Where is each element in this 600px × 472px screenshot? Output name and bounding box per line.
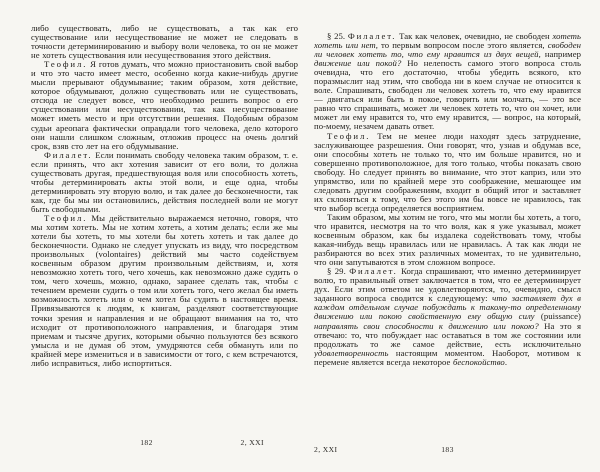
text-segment: Мы действительно выражаемся неточно, гов… [31, 213, 298, 368]
paragraph: § 29. Филалет. Когда спрашивают, что име… [314, 267, 581, 367]
text-segment: беспокойство [453, 357, 505, 367]
paragraph: Теофил. Я готов думать, что можно приост… [31, 60, 298, 150]
paragraph: § 25. Филалет. Так как человек, очевидно… [314, 32, 581, 132]
right-page-footer: 183 2, XXI [314, 445, 581, 455]
paragraph: Теофил. Тем не менее люди находят здесь … [314, 132, 581, 213]
book-spread: либо существовать, либо не существовать,… [0, 0, 600, 472]
left-page-text-block: либо существовать, либо не существовать,… [31, 24, 298, 438]
text-segment: Если понимать свободу человека таким обр… [31, 150, 298, 214]
paragraph: Теофил. Мы действительно выражаемся нето… [31, 214, 298, 368]
paragraph: либо существовать, либо не существовать,… [31, 24, 298, 60]
paragraph: Филалет. Если понимать свободу человека … [31, 151, 298, 214]
right-page-signature-mark: 2, XXI [314, 445, 338, 455]
right-page-text-block: § 25. Филалет. Так как человек, очевидно… [314, 32, 581, 442]
text-segment: либо существовать, либо не существовать,… [31, 24, 298, 60]
left-page-footer: 182 2, XXI [31, 438, 298, 448]
text-segment: Но нелепость самого этого вопроса столь … [314, 58, 581, 131]
text-segment: Таким образом, мы хотим не того, что мы … [314, 212, 581, 267]
text-segment: . [505, 357, 507, 367]
text-segment: Тем не менее люди находят здесь затрудне… [314, 131, 581, 213]
paragraph: Таким образом, мы хотим не того, что мы … [314, 213, 581, 267]
left-page-signature-mark: 2, XXI [241, 438, 265, 448]
right-page-number: 183 [314, 445, 581, 455]
text-segment: Я готов думать, что можно приостановить … [31, 59, 298, 150]
